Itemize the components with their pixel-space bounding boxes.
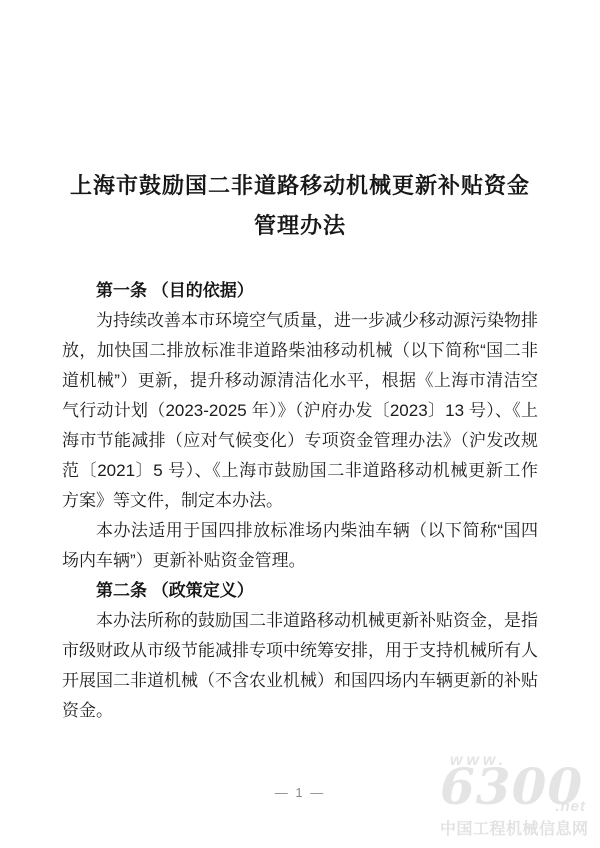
title-line-1: 上海市鼓励国二非道路移动机械更新补贴资金 <box>62 166 538 206</box>
watermark-www-text: www. <box>450 752 507 770</box>
paragraph: 本办法所称的鼓励国二非道路移动机械更新补贴资金，是指市级财政从市级节能减排专项中… <box>62 606 538 726</box>
article-heading-2: 第二条 （政策定义） <box>62 576 538 606</box>
page-number: — 1 — <box>0 785 600 800</box>
paragraph: 本办法适用于国四排放标准场内柴油车辆（以下简称“国四场内车辆”）更新补贴资金管理… <box>62 516 538 576</box>
article-heading-1: 第一条 （目的依据） <box>62 276 538 306</box>
watermark-net-text: .net <box>555 798 586 815</box>
document-body: 第一条 （目的依据） 为持续改善本市环境空气质量，进一步减少移动源污染物排放，加… <box>62 276 538 726</box>
document-title: 上海市鼓励国二非道路移动机械更新补贴资金 管理办法 <box>62 166 538 246</box>
title-line-2: 管理办法 <box>62 206 538 246</box>
watermark-site-name: 中国工程机械信息网 <box>440 816 590 839</box>
paragraph: 为持续改善本市环境空气质量，进一步减少移动源污染物排放，加快国二排放标准非道路柴… <box>62 306 538 516</box>
document-page: 上海市鼓励国二非道路移动机械更新补贴资金 管理办法 第一条 （目的依据） 为持续… <box>0 0 600 848</box>
